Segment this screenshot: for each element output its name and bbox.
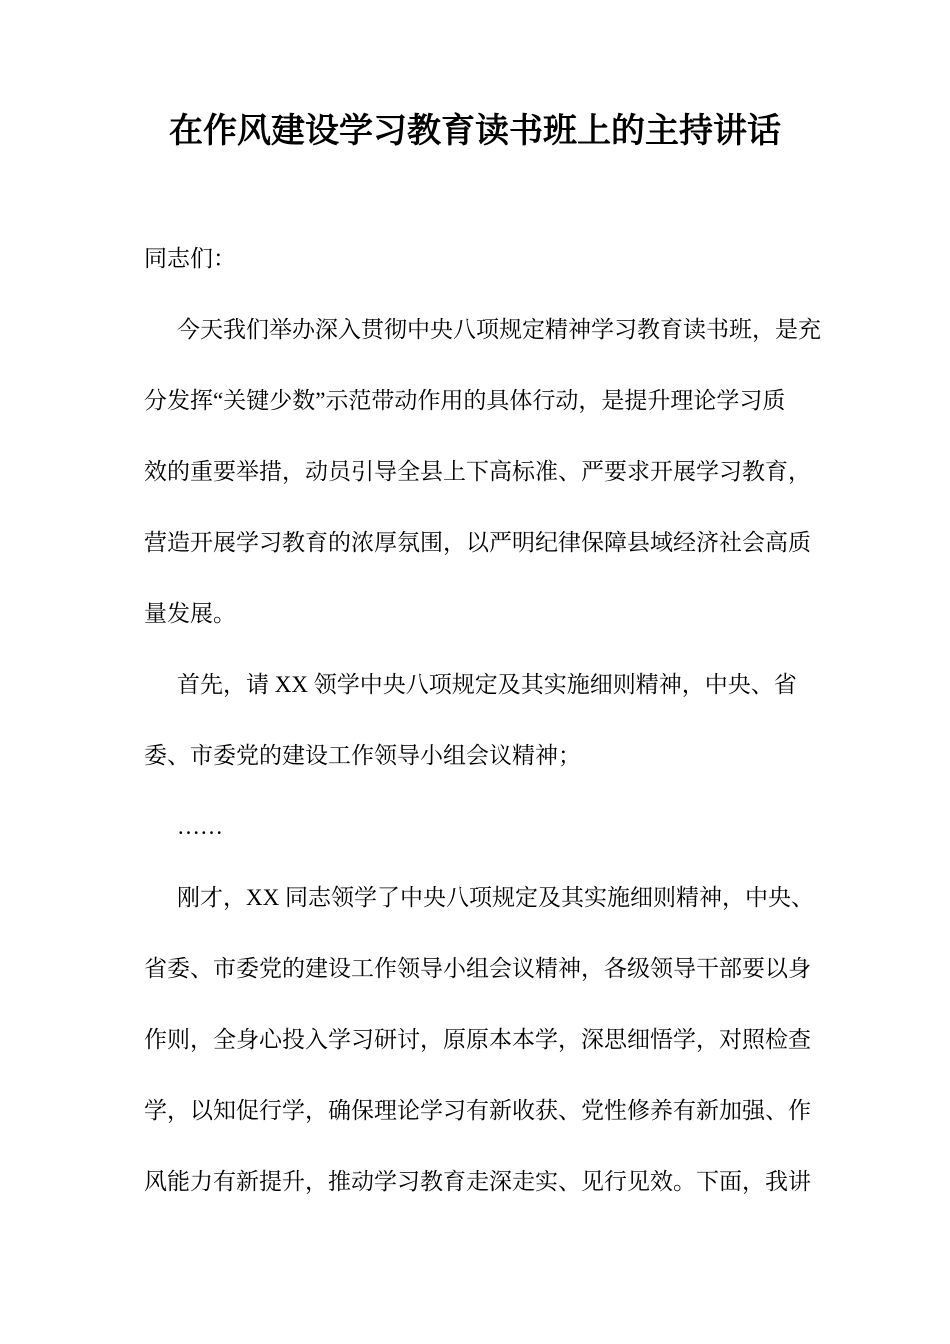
- text-line: 效的重要举措，动员引导全县上下高标准、严要求开展学习教育，: [144, 436, 815, 507]
- text-line: 学，以知促行学，确保理论学习有新收获、党性修养有新加强、作: [144, 1075, 815, 1146]
- text-line-ellipsis: ……: [144, 791, 815, 862]
- document-title: 在作风建设学习教育读书班上的主持讲话: [0, 0, 950, 158]
- text-line-salutation: 同志们：: [144, 223, 815, 294]
- text-line: 省委、市委党的建设工作领导小组会议精神，各级领导干部要以身: [144, 933, 815, 1004]
- text-line: 刚才，XX 同志领学了中央八项规定及其实施细则精神，中央、: [144, 862, 815, 933]
- text-line: 首先，请 XX 领学中央八项规定及其实施细则精神，中央、省: [144, 649, 815, 720]
- text-line: 风能力有新提升，推动学习教育走深走实、见行见效。下面，我讲: [144, 1146, 815, 1217]
- text-line: 今天我们举办深入贯彻中央八项规定精神学习教育读书班，是充: [144, 294, 815, 365]
- document-page: 在作风建设学习教育读书班上的主持讲话 同志们： 今天我们举办深入贯彻中央八项规定…: [0, 0, 950, 1344]
- text-line: 委、市委党的建设工作领导小组会议精神；: [144, 720, 815, 791]
- document-body: 同志们： 今天我们举办深入贯彻中央八项规定精神学习教育读书班，是充 分发挥“关键…: [144, 223, 815, 1217]
- text-line: 营造开展学习教育的浓厚氛围，以严明纪律保障县域经济社会高质: [144, 507, 815, 578]
- text-line: 量发展。: [144, 578, 815, 649]
- text-line: 分发挥“关键少数”示范带动作用的具体行动，是提升理论学习质: [144, 365, 815, 436]
- text-line: 作则，全身心投入学习研讨，原原本本学，深思细悟学，对照检查: [144, 1004, 815, 1075]
